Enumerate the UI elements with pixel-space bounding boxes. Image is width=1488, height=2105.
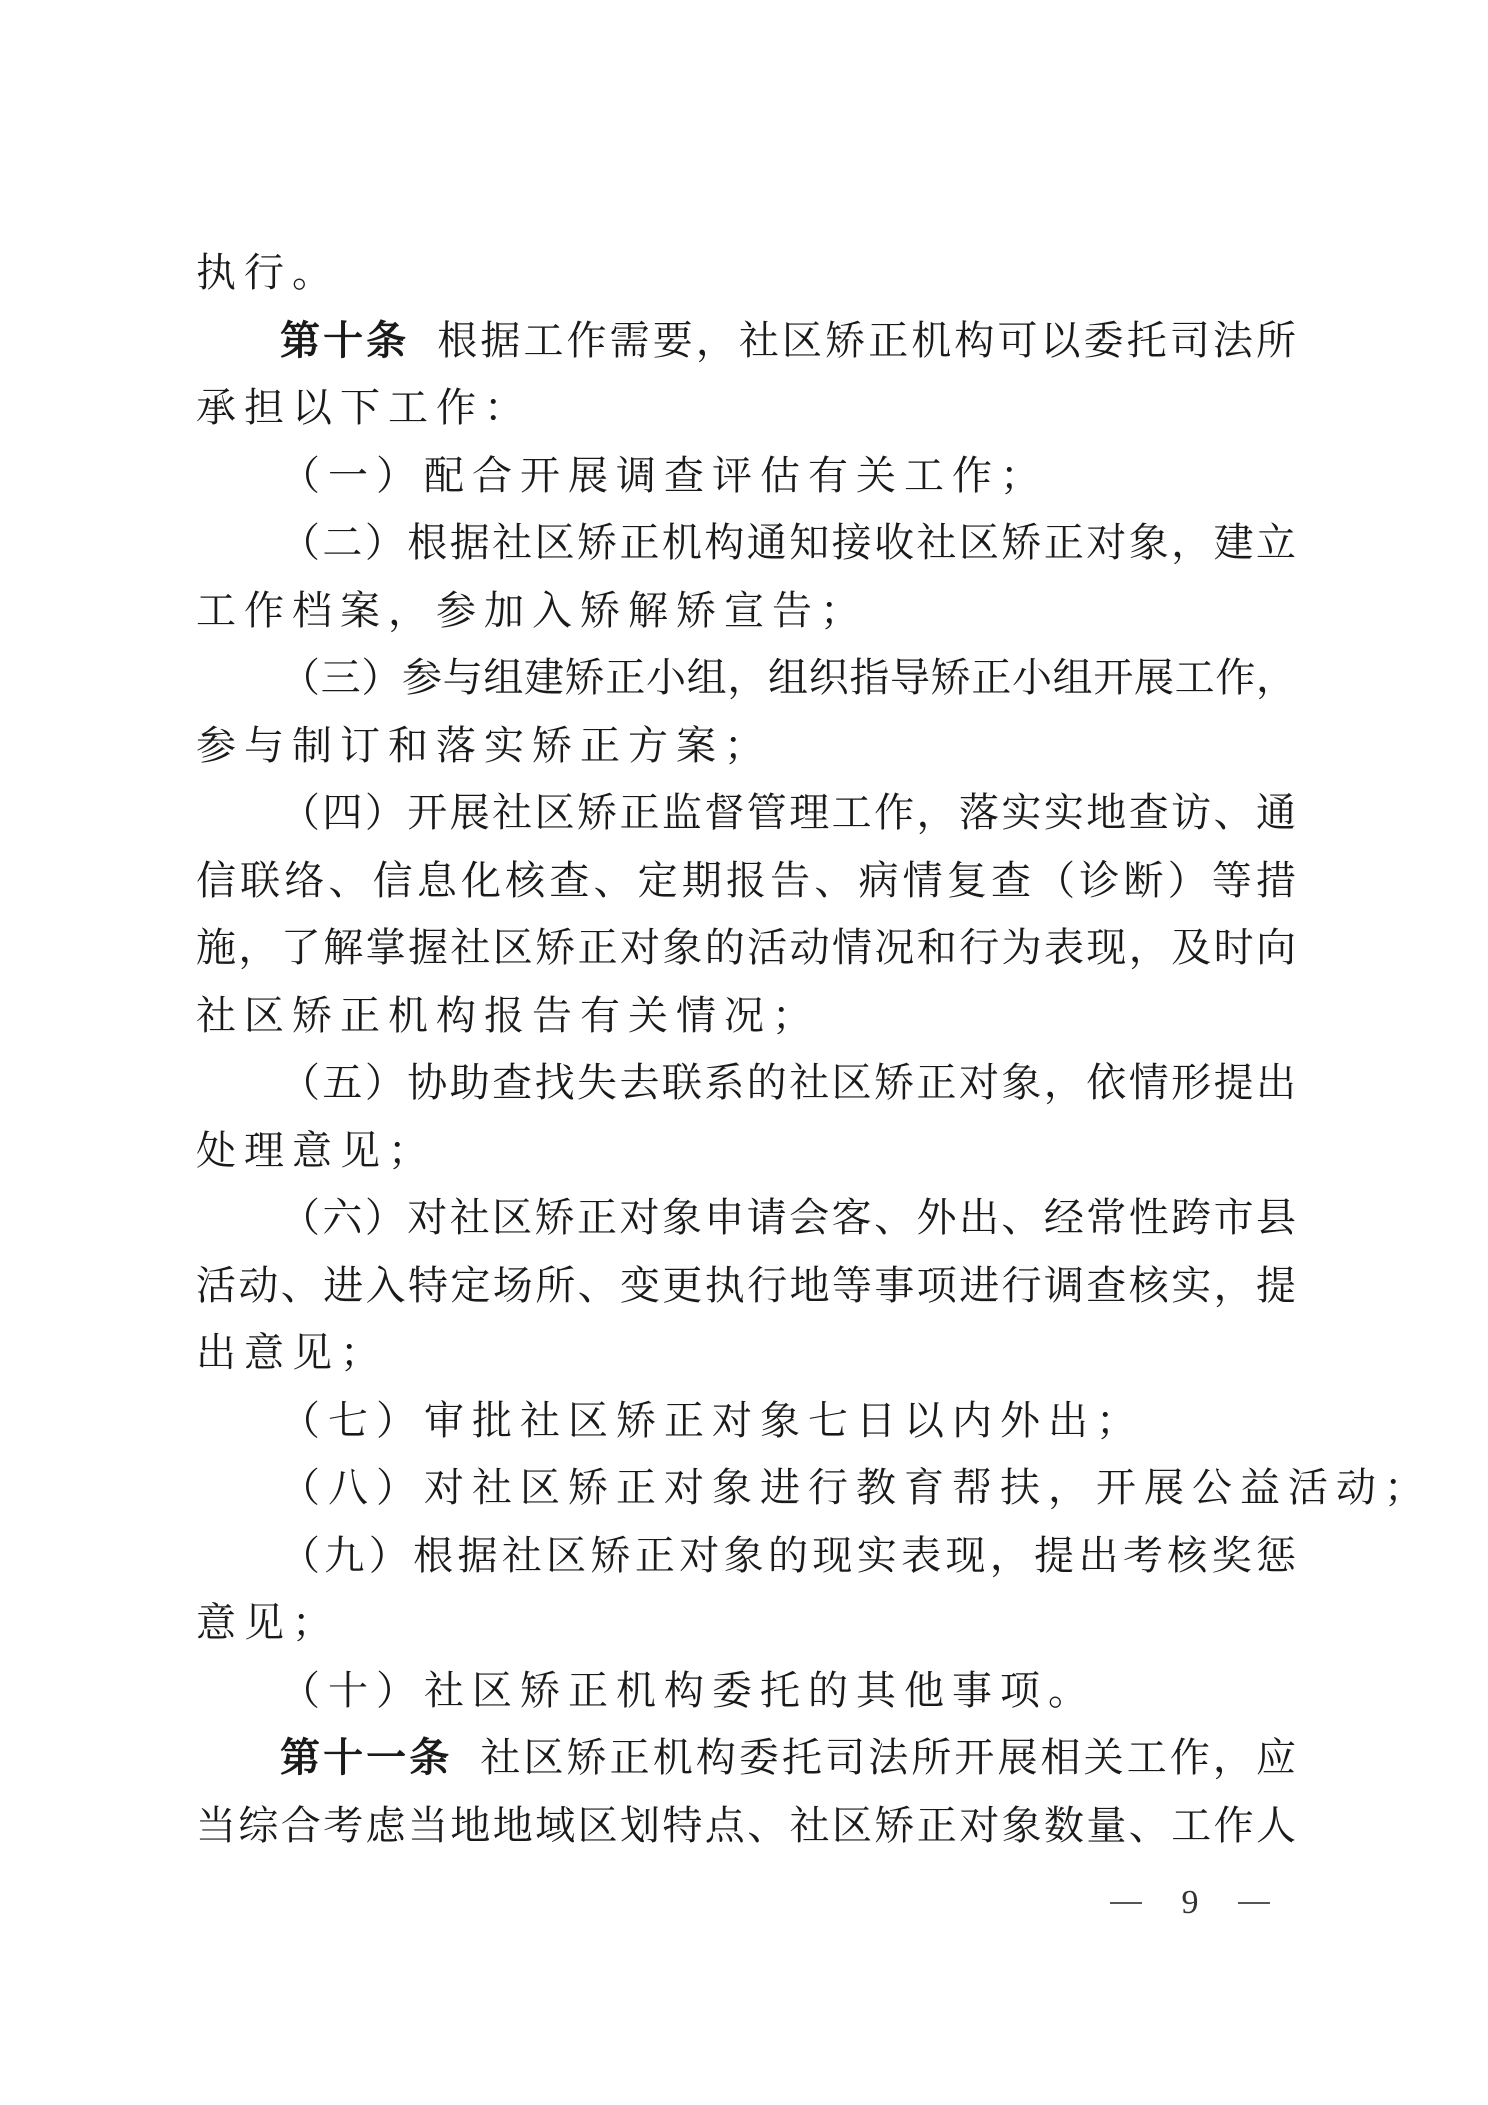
- list-item-9: （九）根据社区矫正对象的现实表现，提出考核奖惩: [196, 1523, 1296, 1591]
- text-span: 根据工作需要，社区矫正机构可以委托司法所: [437, 318, 1296, 364]
- text-line: 参与制订和落实矫正方案；: [196, 713, 1296, 781]
- text-line: 活动、进入特定场所、变更执行地等事项进行调查核实，提: [196, 1253, 1296, 1321]
- list-item-8: （八）对社区矫正对象进行教育帮扶，开展公益活动；: [196, 1455, 1296, 1523]
- text-line: 意见；: [196, 1590, 1296, 1658]
- text-line: 当综合考虑当地地域区划特点、社区矫正对象数量、工作人: [196, 1793, 1296, 1861]
- document-body: 执行。 第十条根据工作需要，社区矫正机构可以委托司法所 承担以下工作： （一）配…: [196, 240, 1296, 1860]
- article-heading: 第十一条: [280, 1735, 452, 1781]
- list-item-10: （十）社区矫正机构委托的其他事项。: [196, 1658, 1296, 1726]
- page-number: 9: [1110, 1878, 1270, 1928]
- text-line: 施，了解掌握社区矫正对象的活动情况和行为表现，及时向: [196, 915, 1296, 983]
- text-line: 处理意见；: [196, 1118, 1296, 1186]
- list-item-1: （一）配合开展调查评估有关工作；: [196, 443, 1296, 511]
- text-line: 出意见；: [196, 1320, 1296, 1388]
- article-10-line: 第十条根据工作需要，社区矫正机构可以委托司法所: [196, 308, 1296, 376]
- list-item-3: （三）参与组建矫正小组，组织指导矫正小组开展工作，: [196, 645, 1296, 713]
- list-item-6: （六）对社区矫正对象申请会客、外出、经常性跨市县: [196, 1185, 1296, 1253]
- article-heading: 第十条: [280, 318, 409, 364]
- dash-left: [1110, 1902, 1142, 1904]
- list-item-5: （五）协助查找失去联系的社区矫正对象，依情形提出: [196, 1050, 1296, 1118]
- text-line: 信联络、信息化核查、定期报告、病情复查（诊断）等措: [196, 848, 1296, 916]
- text-line: 承担以下工作：: [196, 375, 1296, 443]
- text-line: 执行。: [196, 240, 1296, 308]
- text-line: 社区矫正机构报告有关情况；: [196, 983, 1296, 1051]
- list-item-7: （七）审批社区矫正对象七日以内外出；: [196, 1388, 1296, 1456]
- article-11-line: 第十一条社区矫正机构委托司法所开展相关工作，应: [196, 1725, 1296, 1793]
- text-line: 工作档案，参加入矫解矫宣告；: [196, 578, 1296, 646]
- text-span: 社区矫正机构委托司法所开展相关工作，应: [480, 1735, 1296, 1781]
- page-number-value: 9: [1182, 1884, 1199, 1922]
- list-item-2: （二）根据社区矫正机构通知接收社区矫正对象，建立: [196, 510, 1296, 578]
- list-item-4: （四）开展社区矫正监督管理工作，落实实地查访、通: [196, 780, 1296, 848]
- dash-right: [1238, 1902, 1270, 1904]
